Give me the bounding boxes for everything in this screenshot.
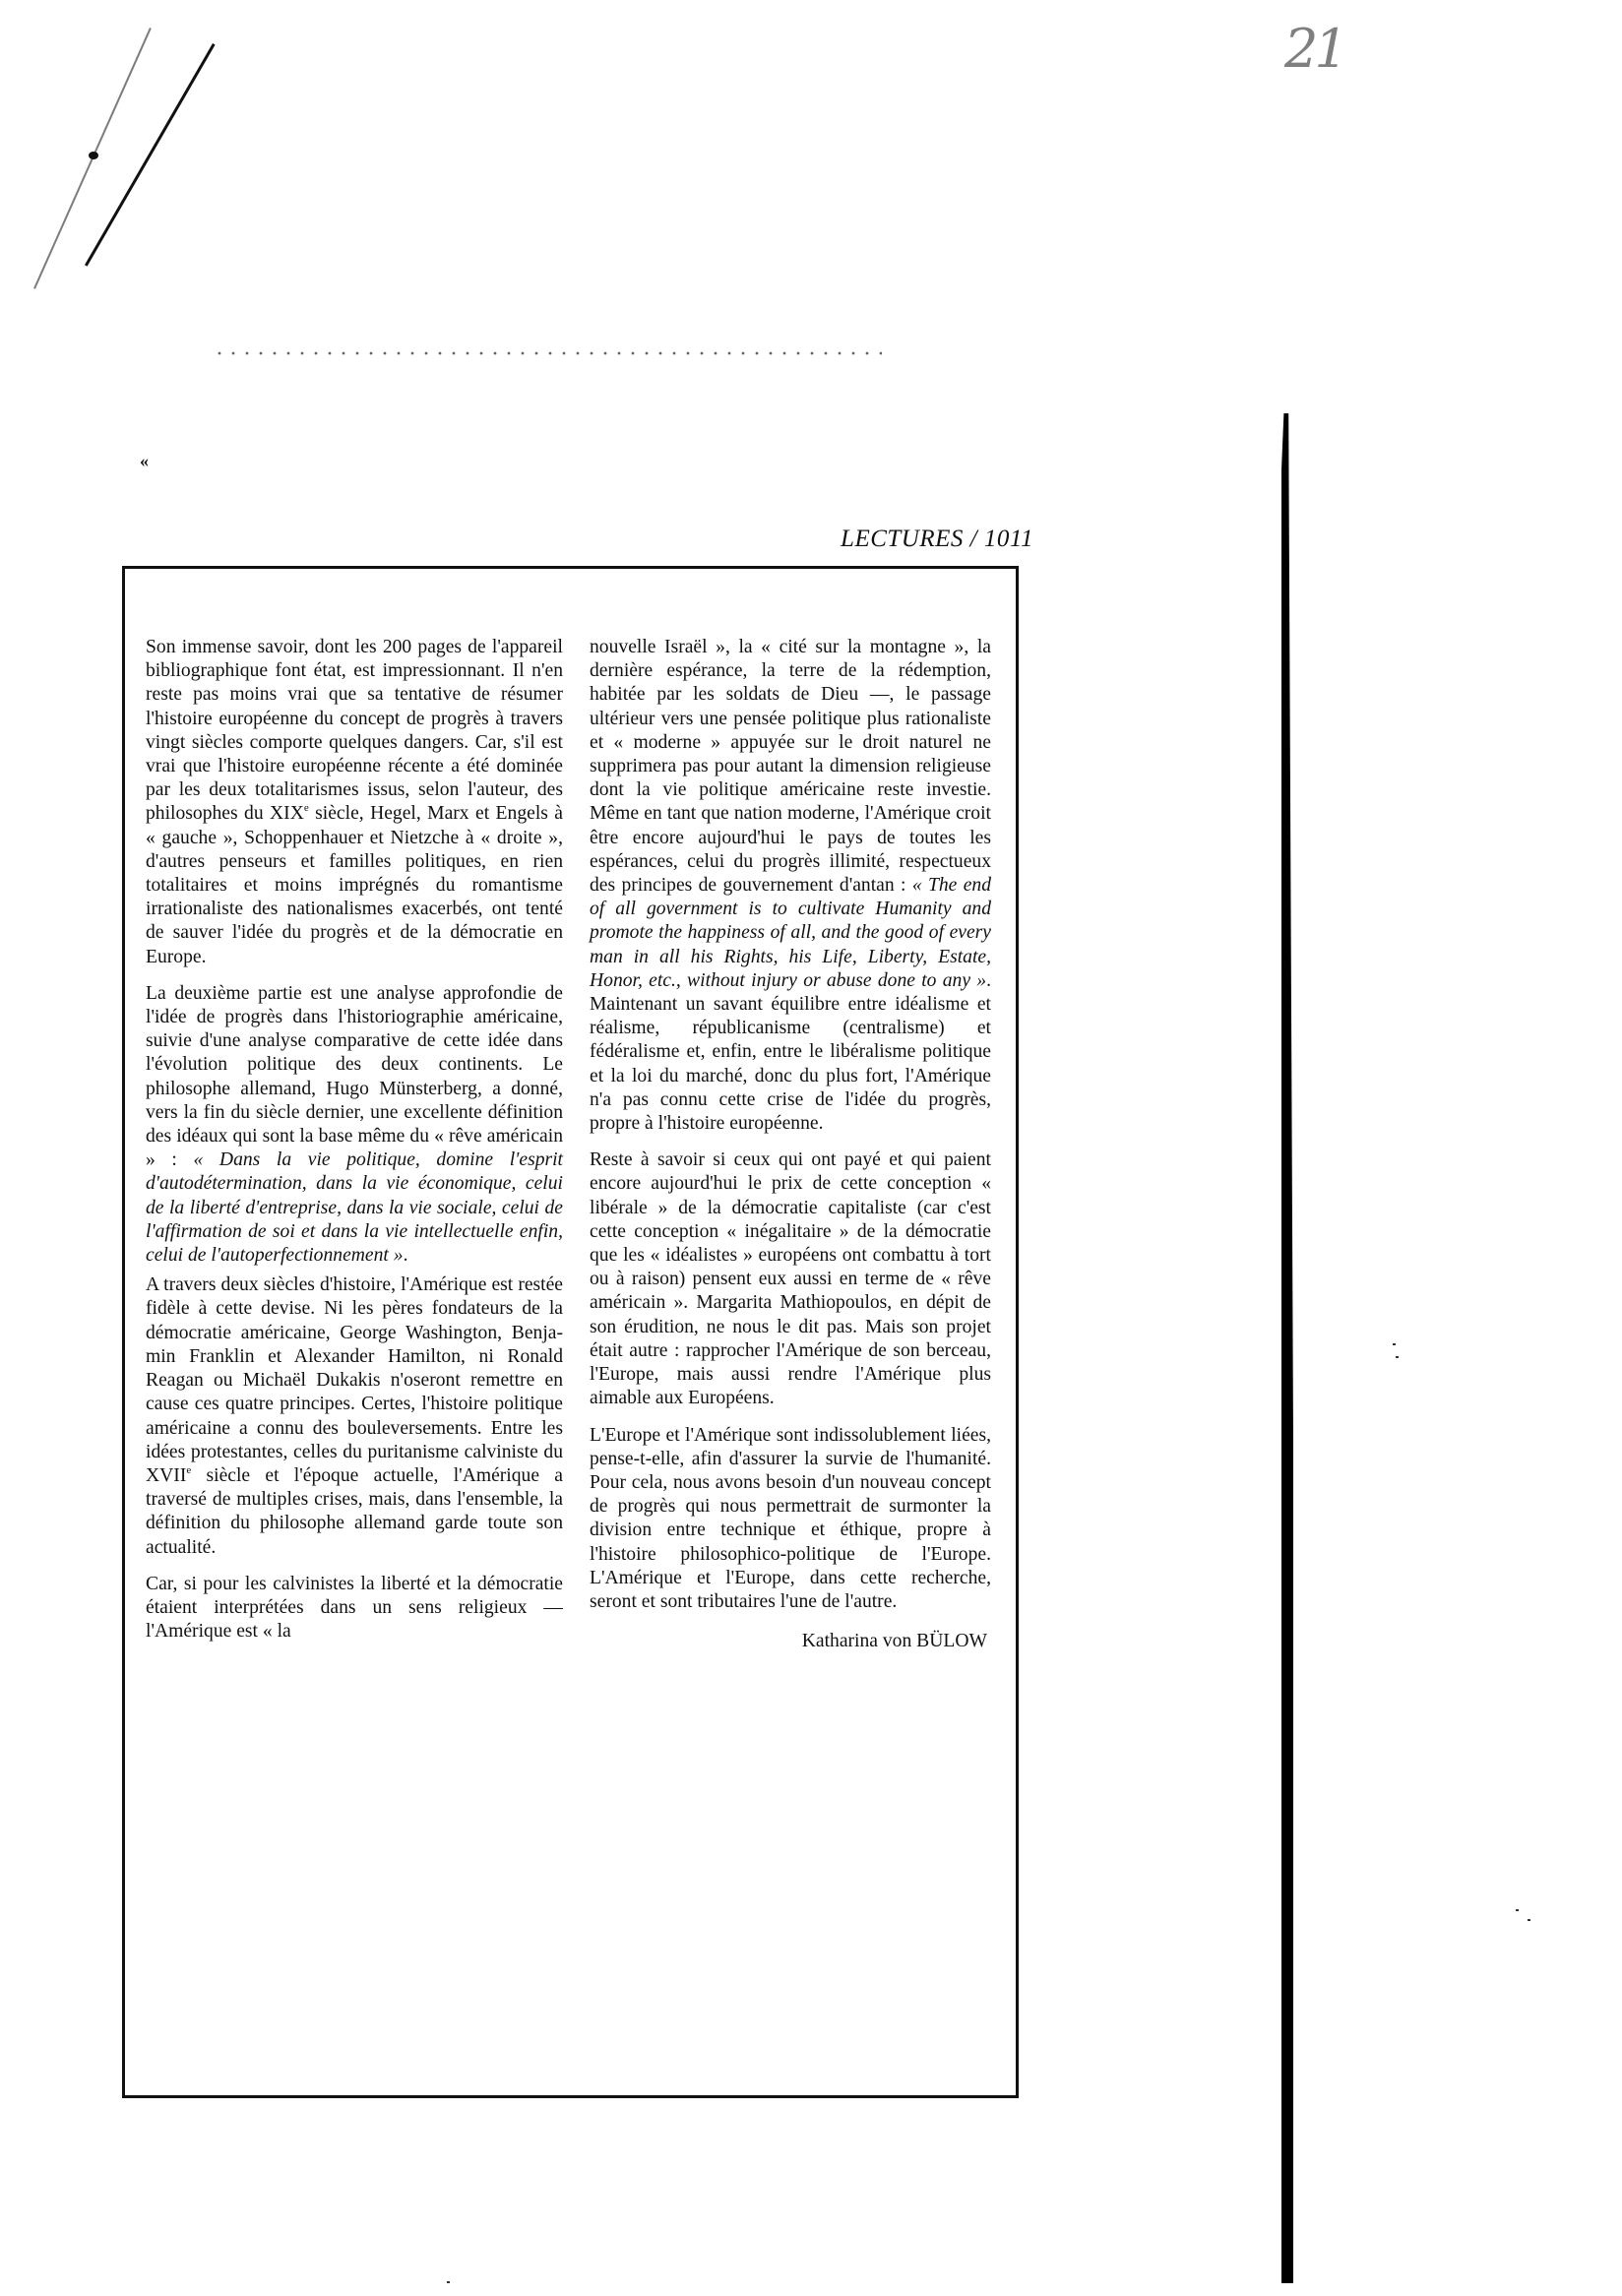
- text-run: La deuxième partie est une analyse ap­pr…: [146, 983, 563, 1170]
- left-column: Son immense savoir, dont les 200 pages d…: [146, 636, 563, 1656]
- left-paragraph-1: Son immense savoir, dont les 200 pages d…: [146, 636, 563, 969]
- pen-blot: [89, 152, 98, 159]
- century-numeral: XIX: [270, 803, 304, 824]
- right-paragraph-2: Reste à savoir si ceux qui ont payé et q…: [590, 1148, 991, 1410]
- text-run: nouvelle Israël », la « cité sur la mon­…: [590, 637, 991, 896]
- century-numeral: XVII: [146, 1465, 186, 1486]
- margin-mark-icon: «: [140, 451, 149, 471]
- text-run: Son immense savoir, dont les 200 pages d…: [146, 637, 563, 824]
- scan-speck: [1516, 1909, 1519, 1911]
- right-paragraph-3: L'Europe et l'Amérique sont indissolu­bl…: [590, 1424, 991, 1615]
- italic-quote: « Dans la vie politi­que, domine l'espri…: [146, 1149, 563, 1266]
- text-run: A travers deux siècles d'histoire, l'Amé…: [146, 1274, 563, 1461]
- scan-dotted-rule: [213, 350, 882, 356]
- left-paragraph-4: Car, si pour les calvinistes la liberté …: [146, 1573, 563, 1644]
- left-paragraph-3: A travers deux siècles d'histoire, l'Amé…: [146, 1273, 563, 1559]
- scan-speck: [1528, 1919, 1530, 1921]
- text-run: .: [404, 1245, 408, 1266]
- scan-speck: [447, 2281, 450, 2283]
- author-signature: Katharina von BÜLOW: [590, 1630, 991, 1653]
- handwritten-page-number: 21: [1284, 18, 1344, 80]
- scan-speck: [1396, 1356, 1399, 1358]
- text-run: . Maintenant un savant équilibre entre i…: [590, 970, 991, 1134]
- pen-stroke-2: [85, 43, 216, 267]
- text-run: siècle, Hegel, Marx et Engels à « gauche…: [146, 803, 563, 966]
- text-run: siècle et l'époque actuelle, l'Amérique …: [146, 1465, 563, 1558]
- right-column: nouvelle Israël », la « cité sur la mon­…: [590, 636, 991, 1653]
- right-paragraph-1: nouvelle Israël », la « cité sur la mon­…: [590, 636, 991, 1136]
- scan-speck: [1393, 1343, 1396, 1345]
- article-box: Son immense savoir, dont les 200 pages d…: [122, 566, 1019, 2098]
- left-paragraph-2: La deuxième partie est une analyse ap­pr…: [146, 982, 563, 1268]
- text-run: Car, si pour les calvinistes la liberté …: [146, 1574, 563, 1642]
- scanner-edge-bar: [1281, 413, 1293, 2283]
- running-head: LECTURES / 1011: [787, 526, 1033, 553]
